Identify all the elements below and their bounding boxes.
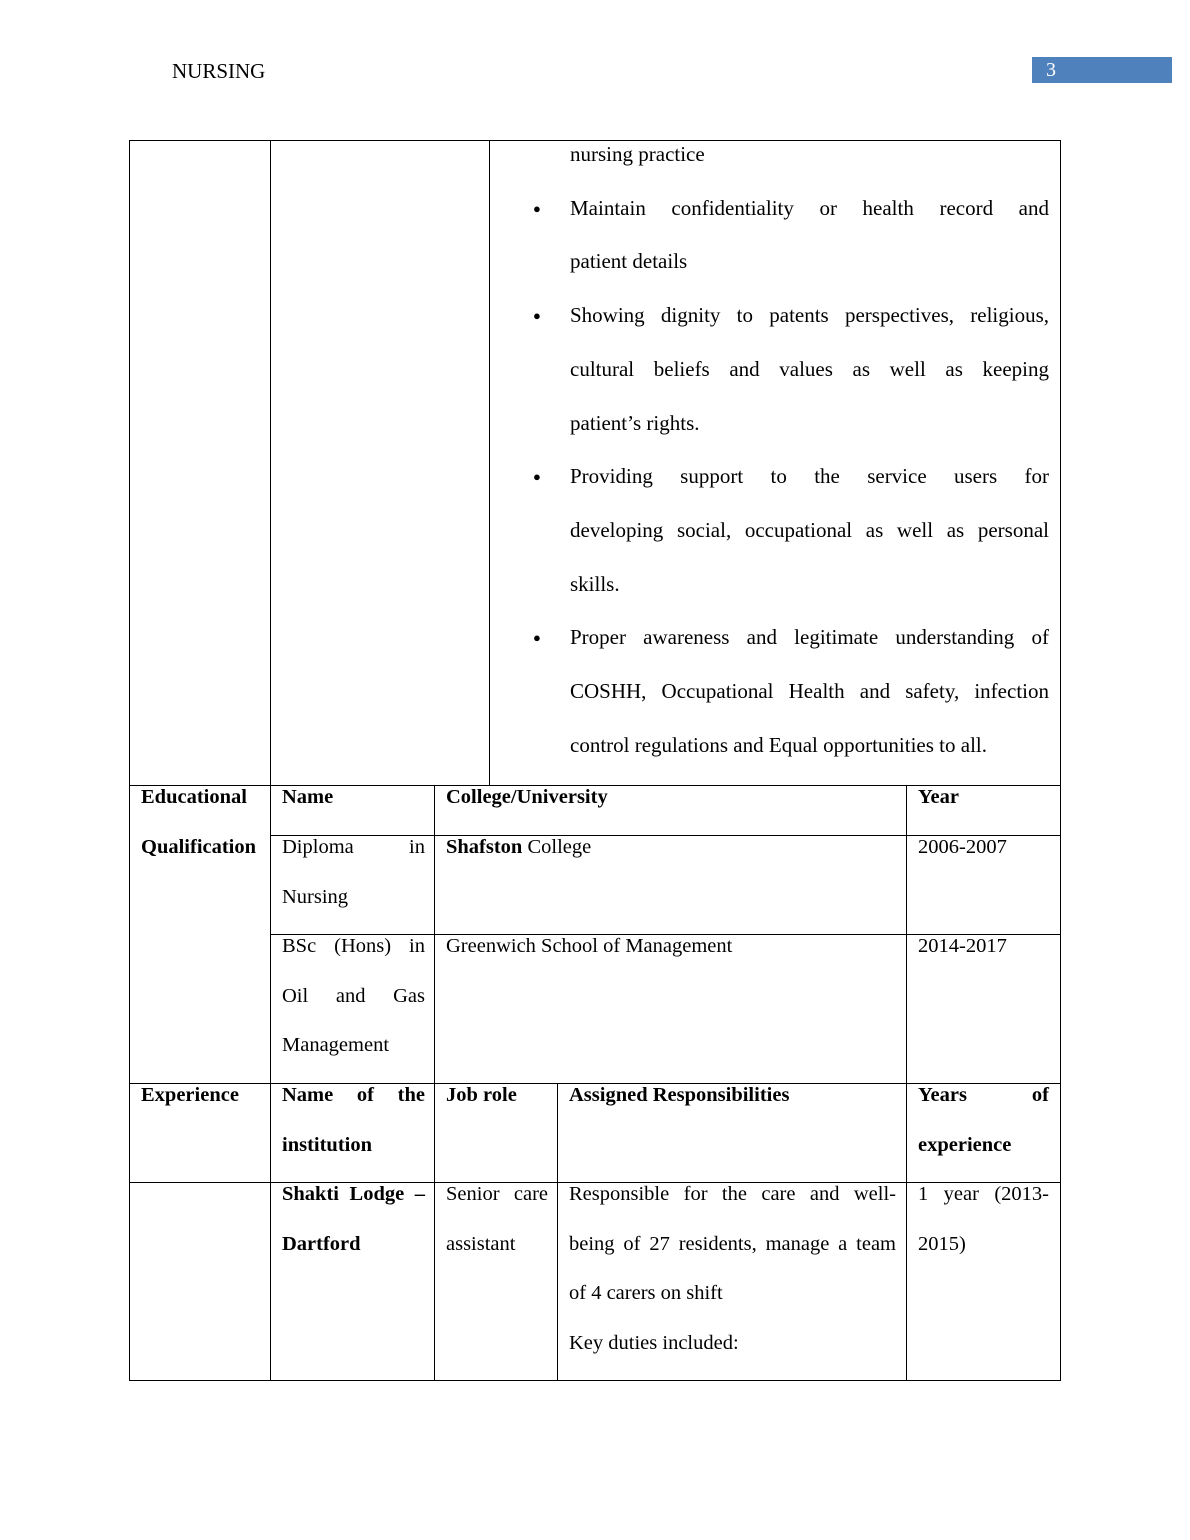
page-number-badge: 3 [1032, 57, 1172, 83]
experience-section-label: Experience [141, 1071, 239, 1121]
continued-line: nursing practice [570, 128, 1049, 182]
bullet-icon: ● [533, 611, 541, 665]
bullet-text-line: COSHH, Occupational Health and safety, i… [570, 665, 1049, 719]
header-line: experience [918, 1121, 1049, 1171]
years-line: 1 year (2013- [918, 1170, 1049, 1220]
role-line: Senior care [446, 1170, 548, 1220]
label-line: Educational [141, 773, 266, 823]
bullet-text-line: Proper awareness and legitimate understa… [570, 611, 1049, 665]
edu-row-2-college: Greenwich School of Management [446, 922, 732, 972]
name-line: Diploma in [282, 823, 425, 873]
bullet-icon: ● [533, 450, 541, 504]
name-line: Oil and Gas [282, 972, 425, 1022]
bullet-text-line: patient details [570, 235, 1049, 289]
key-duties-label: Key duties included: [569, 1319, 896, 1369]
bullet-icon: ● [533, 289, 541, 343]
edu-row-1-name: Diploma in Nursing [282, 823, 425, 922]
bullet-text-line: cultural beliefs and values as well as k… [570, 343, 1049, 397]
header-line: Years of [918, 1071, 1049, 1121]
bullet-text-line: control regulations and Equal opportunit… [570, 719, 1049, 773]
exp-row-1-job-role: Senior care assistant [446, 1170, 548, 1269]
bullet-text-line: skills. [570, 558, 1049, 612]
edu-row-1-college: Shafston College [446, 823, 591, 873]
edu-col-name: Name [282, 773, 333, 823]
header-line: Name of the [282, 1071, 425, 1121]
label-line: Qualification [141, 823, 266, 873]
responsibility-line: Responsible for the care and well- [569, 1170, 896, 1220]
exp-col-responsibilities: Assigned Responsibilities [569, 1071, 789, 1121]
college-rest: Greenwich School of Management [446, 935, 732, 957]
header-line: institution [282, 1121, 425, 1171]
edu-col-year: Year [918, 773, 959, 823]
exp-col-years: Years of experience [918, 1071, 1049, 1170]
years-line: 2015) [918, 1220, 1049, 1270]
bullet-text-line: patient’s rights. [570, 397, 1049, 451]
exp-col-institution: Name of the institution [282, 1071, 425, 1170]
role-line: assistant [446, 1220, 548, 1270]
responsibility-line: being of 27 residents, manage a team [569, 1220, 896, 1270]
name-line: BSc (Hons) in [282, 922, 425, 972]
bullet-text-line: Showing dignity to patents perspectives,… [570, 289, 1049, 343]
exp-row-1-institution: Shakti Lodge – Dartford [282, 1170, 425, 1269]
institution-line: Shakti Lodge – [282, 1170, 425, 1220]
edu-row-2-year: 2014-2017 [918, 922, 1007, 972]
exp-row-1-years: 1 year (2013- 2015) [918, 1170, 1049, 1269]
table-bottom-border [129, 1380, 1061, 1381]
name-line: Management [282, 1021, 425, 1071]
edu-row-1-year: 2006-2007 [918, 823, 1007, 873]
table-left-border [129, 140, 130, 1381]
col-divider-top-block [489, 140, 490, 785]
bullet-icon: ● [533, 182, 541, 236]
college-rest: College [522, 836, 591, 858]
name-line: Nursing [282, 873, 425, 923]
col-divider-1 [270, 140, 271, 1381]
table-right-border [1060, 140, 1061, 1381]
college-bold: Shafston [446, 836, 522, 858]
responsibility-line: of 4 carers on shift [569, 1269, 896, 1319]
education-section-label: Educational Qualification [141, 773, 266, 872]
running-header-title: NURSING [172, 57, 265, 85]
bullet-text-line: developing social, occupational as well … [570, 504, 1049, 558]
institution-line: Dartford [282, 1220, 425, 1270]
bullet-text-line: Maintain confidentiality or health recor… [570, 182, 1049, 236]
col-divider-3 [557, 1083, 558, 1381]
exp-row-1-responsibilities: Responsible for the care and well- being… [569, 1170, 896, 1368]
bullet-text-line: Providing support to the service users f… [570, 450, 1049, 504]
edu-col-college: College/University [446, 773, 608, 823]
exp-col-job-role: Job role [446, 1071, 517, 1121]
edu-row-2-name: BSc (Hons) in Oil and Gas Management [282, 922, 425, 1071]
